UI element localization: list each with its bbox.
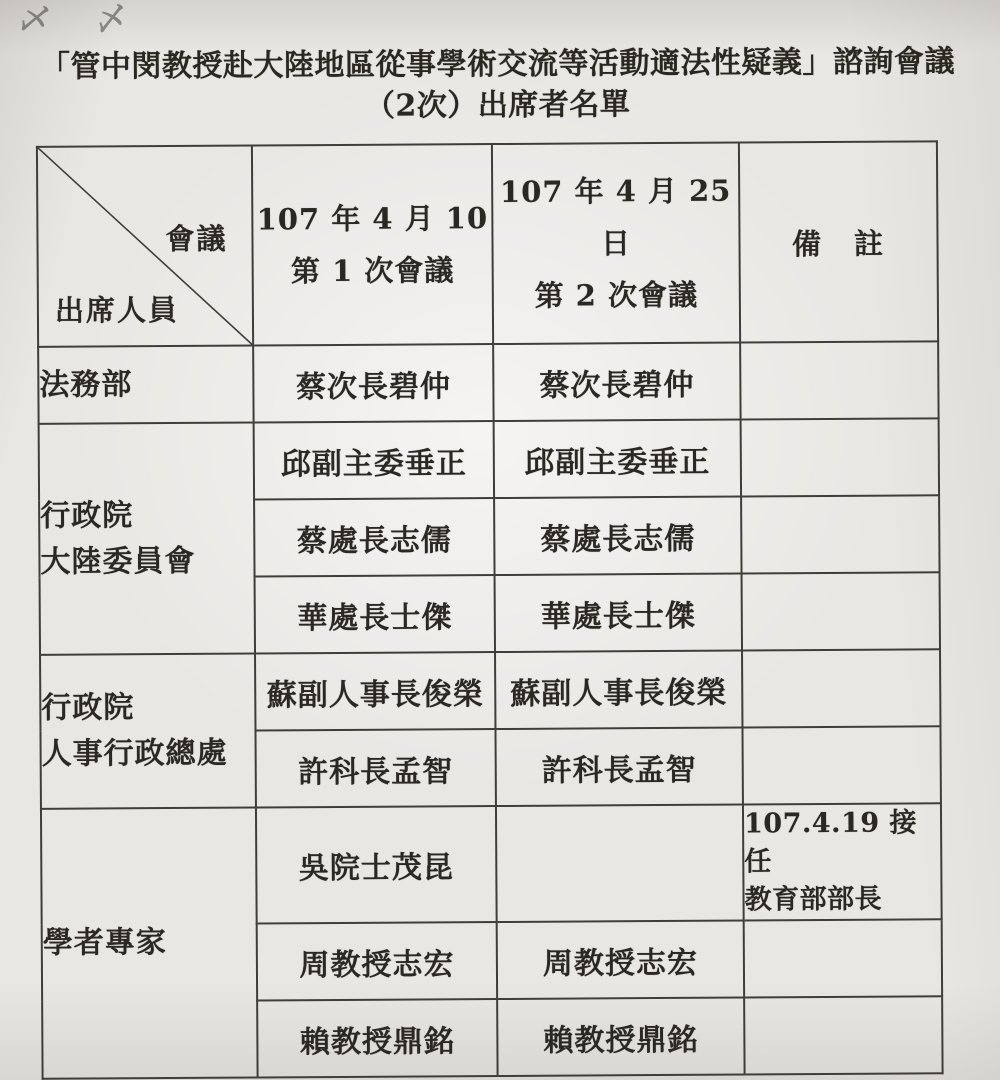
- header-row: 會議 出席人員 107 年 4 月 10 第 1 次會議 107 年 4 月 2…: [37, 141, 938, 346]
- agency-cell: 法務部: [38, 346, 253, 424]
- attendee-cell: [496, 805, 744, 923]
- document-title-line1: 「管中閔教授赴大陸地區從事學術交流等活動適法性疑義」諮詢會議: [0, 41, 998, 88]
- document-title-line2: （2次）出席者名單: [0, 82, 998, 129]
- table-row: 行政院 人事行政總處 蘇副人事長俊榮 蘇副人事長俊榮: [40, 649, 940, 731]
- remark-cell: [742, 649, 940, 727]
- attendee-cell: 邱副主委垂正: [254, 421, 494, 499]
- agency-cell: 行政院 大陸委員會: [39, 423, 255, 655]
- agency-cell: 學者專家: [41, 807, 258, 1078]
- attendee-cell: 華處長士傑: [255, 575, 495, 653]
- attendee-cell: 蔡次長碧仲: [253, 344, 493, 422]
- attendee-cell: 許科長孟智: [495, 728, 742, 807]
- attendee-cell: 周教授志宏: [257, 922, 497, 1000]
- attendee-cell: 賴教授鼎銘: [497, 998, 744, 1077]
- attendee-table: 會議 出席人員 107 年 4 月 10 第 1 次會議 107 年 4 月 2…: [36, 140, 944, 1079]
- attendee-cell: 蘇副人事長俊榮: [495, 651, 742, 730]
- remark-cell: [741, 418, 939, 496]
- remark-cell: [740, 341, 938, 419]
- attendee-cell: 蔡處長志儒: [494, 497, 741, 576]
- table-row: 法務部 蔡次長碧仲 蔡次長碧仲: [38, 341, 938, 423]
- attendee-cell: 華處長士傑: [495, 574, 742, 653]
- corner-meeting-label: 會議: [165, 217, 227, 258]
- attendee-cell: 蔡次長碧仲: [493, 343, 740, 422]
- remark-cell: [741, 495, 939, 573]
- attendee-cell: 賴教授鼎銘: [257, 999, 497, 1077]
- corner-header-cell: 會議 出席人員: [37, 146, 253, 347]
- pen-mark: 乄: [95, 0, 128, 39]
- scanned-document-page: 乄 乄 「管中閔教授赴大陸地區從事學術交流等活動適法性疑義」諮詢會議 （2次）出…: [0, 0, 1000, 1080]
- agency-cell: 行政院 人事行政總處: [40, 653, 256, 808]
- corner-attendee-label: 出席人員: [55, 288, 179, 330]
- remark-cell: [742, 572, 940, 650]
- attendee-cell: 邱副主委垂正: [494, 420, 741, 499]
- remark-cell: [744, 996, 942, 1074]
- table-row: 行政院 大陸委員會 邱副主委垂正 邱副主委垂正: [39, 418, 939, 500]
- paper-sheet: 乄 乄 「管中閔教授赴大陸地區從事學術交流等活動適法性疑義」諮詢會議 （2次）出…: [0, 0, 1000, 1080]
- remark-cell: [744, 919, 942, 997]
- remark-cell: 107.4.19 接任 教育部部長: [743, 803, 942, 920]
- remarks-header: 備 註: [739, 141, 938, 342]
- document-title: 「管中閔教授赴大陸地區從事學術交流等活動適法性疑義」諮詢會議 （2次）出席者名單: [0, 41, 998, 129]
- pen-mark: 乄: [18, 0, 54, 41]
- meeting1-header: 107 年 4 月 10 第 1 次會議: [252, 144, 493, 345]
- remark-cell: [742, 726, 940, 804]
- attendee-cell: 吳院士茂昆: [256, 806, 497, 923]
- attendee-cell: 周教授志宏: [497, 921, 744, 1000]
- meeting2-header: 107 年 4 月 25 日 第 2 次會議: [492, 143, 740, 345]
- attendee-cell: 蘇副人事長俊榮: [255, 652, 495, 730]
- table-row: 學者專家 吳院士茂昆 107.4.19 接任 教育部部長: [41, 803, 942, 924]
- attendee-cell: 蔡處長志儒: [254, 498, 494, 576]
- attendee-cell: 許科長孟智: [255, 729, 495, 807]
